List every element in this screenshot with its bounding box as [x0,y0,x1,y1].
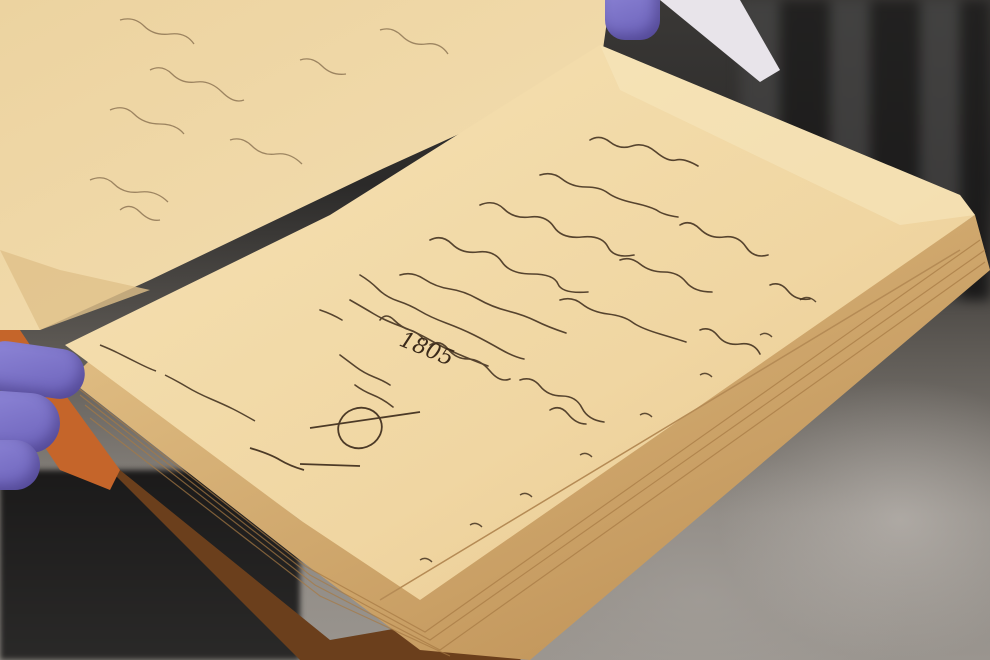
paper-slip [660,0,780,82]
photo-scene: 1805 [0,0,990,660]
gloved-hand-top-finger [605,0,660,40]
manuscript-book: 1805 [0,0,990,660]
